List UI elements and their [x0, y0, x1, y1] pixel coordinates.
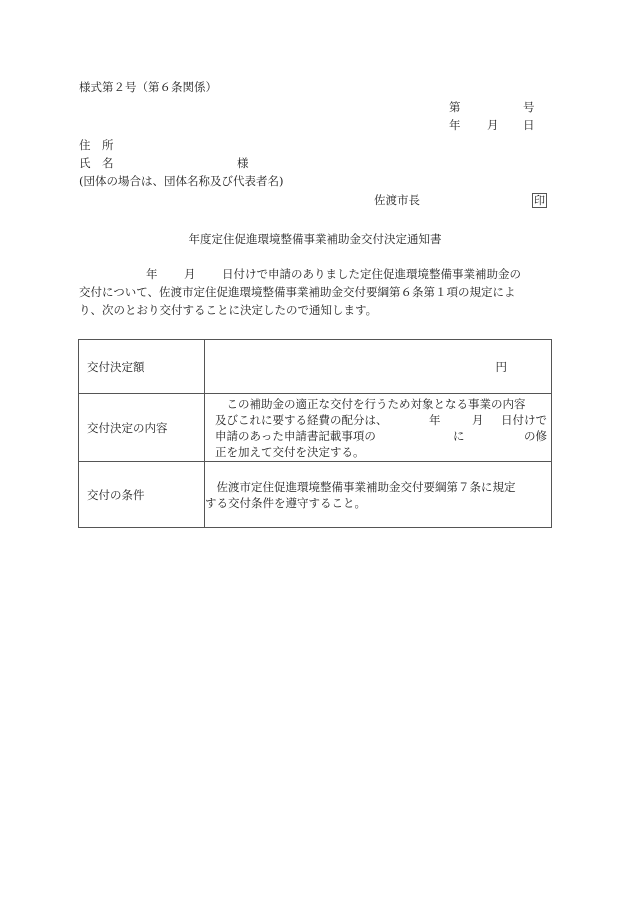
- content-line4: 正を加えて交付を決定する。: [215, 444, 547, 460]
- honorific: 様: [237, 155, 249, 171]
- doc-number-suffix: 号: [523, 99, 535, 115]
- seal-label: 印: [532, 193, 547, 208]
- doc-number-prefix: 第: [449, 99, 461, 115]
- content-dated: 日付けで: [501, 412, 547, 428]
- yen-unit: 円: [496, 360, 508, 374]
- value-amount: 円: [205, 340, 552, 394]
- content-line2: 及びこれに要する経費の配分は、: [215, 412, 388, 428]
- name-label: 氏 名: [79, 155, 114, 171]
- body-line2: 交付について、佐渡市定住促進環境整備事業補助金交付要綱第６条第１項の規定によ: [79, 283, 551, 301]
- table-row-content: 交付決定の内容 この補助金の適正な交付を行うため対象となる事業の内容 及びこれに…: [79, 394, 552, 462]
- conditions-line2: する交付条件を遵守すること。: [205, 495, 547, 511]
- content-no-shu: の修: [524, 428, 547, 444]
- content-ni: に: [453, 428, 465, 444]
- table-row-conditions: 交付の条件 佐渡市定住促進環境整備事業補助金交付要綱第７条に規定 する交付条件を…: [79, 462, 552, 528]
- content-year: 年: [429, 412, 441, 428]
- date-year: 年: [449, 117, 461, 133]
- address-label: 住 所: [79, 137, 114, 153]
- date-day: 日: [523, 117, 535, 133]
- table-row-amount: 交付決定額 円: [79, 340, 552, 394]
- body-paragraph: 年 月 日付けで申請のありました定住促進環境整備事業補助金の 交付について、佐渡…: [79, 265, 551, 319]
- document-title: 年度定住促進環境整備事業補助金交付決定通知書: [0, 231, 630, 247]
- body-line1: 日付けで申請のありました定住促進環境整備事業補助金の: [222, 265, 521, 283]
- label-content: 交付決定の内容: [79, 394, 205, 462]
- group-note: (団体の場合は、団体名称及び代表者名): [79, 173, 283, 189]
- seal-stamp-icon: 印: [532, 192, 547, 208]
- value-conditions: 佐渡市定住促進環境整備事業補助金交付要綱第７条に規定 する交付条件を遵守すること…: [205, 462, 552, 528]
- content-line3: 申請のあった申請書記載事項の: [215, 428, 376, 444]
- label-conditions: 交付の条件: [79, 462, 205, 528]
- body-month: 月: [184, 265, 196, 283]
- date-month: 月: [487, 117, 499, 133]
- body-year: 年: [146, 265, 158, 283]
- form-number: 様式第２号（第６条関係）: [79, 79, 217, 95]
- label-amount: 交付決定額: [79, 340, 205, 394]
- content-line1: この補助金の適正な交付を行うため対象となる事業の内容: [215, 396, 547, 412]
- content-month: 月: [472, 412, 484, 428]
- issuer-title: 佐渡市長: [374, 192, 420, 208]
- decision-table: 交付決定額 円 交付決定の内容 この補助金の適正な交付を行うため対象となる事業の…: [78, 339, 552, 528]
- conditions-line1: 佐渡市定住促進環境整備事業補助金交付要綱第７条に規定: [205, 479, 547, 495]
- value-content: この補助金の適正な交付を行うため対象となる事業の内容 及びこれに要する経費の配分…: [205, 394, 552, 462]
- body-line3: り、次のとおり交付することに決定したので通知します。: [79, 301, 551, 319]
